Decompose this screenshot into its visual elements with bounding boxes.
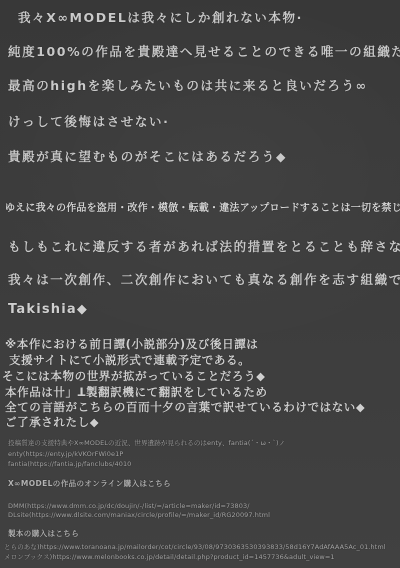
statement-line: 貴殿が真に望むものがそこにはあるだろう◆ — [8, 147, 287, 165]
support-intro-text: 投稿質達の支援特典やX∞MODELの近況、世界遺跡が見られるのはenty、fan… — [8, 438, 285, 447]
note-line-closing: ご了承されたし◆ — [5, 414, 99, 430]
statement-line-prohibition: ゆえに我々の作品を盗用・改作・模倣・転載・違法アップロードすることは一切を禁じる… — [5, 199, 400, 214]
note-line-translator: 本作品は卄」ꓕ製翻訳機にて翻訳をしているため — [5, 384, 268, 400]
scanned-afterword-page: 我々X∞MODELは我々にしか創れない本物· 純度100%の作品を貴殿達へ見せる… — [0, 0, 400, 568]
note-line: そこには本物の世界が拡がっていることだろう◆ — [2, 368, 266, 384]
signature-takishia: Takishia◆ — [8, 302, 88, 317]
note-line: 支援サイトにて小説形式で連載予定である。 — [9, 352, 250, 368]
enty-url-text: enty(https://enty.jp/kVKOrFWi0e1P — [8, 450, 123, 458]
note-line: ※本作における前日譚(小説部分)及び後日譚は — [5, 336, 258, 352]
statement-line: けっして後悔はさせない· — [8, 112, 169, 130]
statement-line: 純度100%の作品を貴殿達へ見せることのできる唯一の組織だ◆ — [8, 42, 400, 60]
dlsite-url-text: DLsite(https://www.dlsite.com/maniax/cir… — [8, 511, 270, 519]
statement-line: 我々X∞MODELは我々にしか創れない本物· — [18, 8, 303, 26]
statement-line: 我々は一次創作、二次創作においても真なる創作を志す組織である◆ — [8, 270, 400, 288]
statement-line: もしもこれに違反する者があれば法的措置をとることも辞さない◆ — [8, 237, 400, 255]
online-purchase-heading: X∞MODELの作品のオンライン購入はこちら — [8, 478, 171, 489]
dmm-url-text: DMM(https://www.dmm.co.jp/dc/doujin/-/li… — [8, 502, 250, 510]
fantia-url-text: fantia(https://fantia.jp/fanclubs/4010 — [8, 460, 131, 468]
melonbooks-url-text: メロンブックス)https://www.melonbooks.co.jp/det… — [4, 552, 335, 561]
note-line-language: 全ての言語がこちらの百而十夕の言葉で訳せているわけではない◆ — [5, 399, 365, 415]
toranoana-url-text: とらのあな)https://www.toranoana.jp/mailorder… — [4, 542, 386, 551]
print-purchase-heading: 製本の購入はこちら — [8, 528, 79, 539]
statement-line: 最高のhighを楽しみたいものは共に来ると良いだろう∞ — [8, 76, 368, 94]
